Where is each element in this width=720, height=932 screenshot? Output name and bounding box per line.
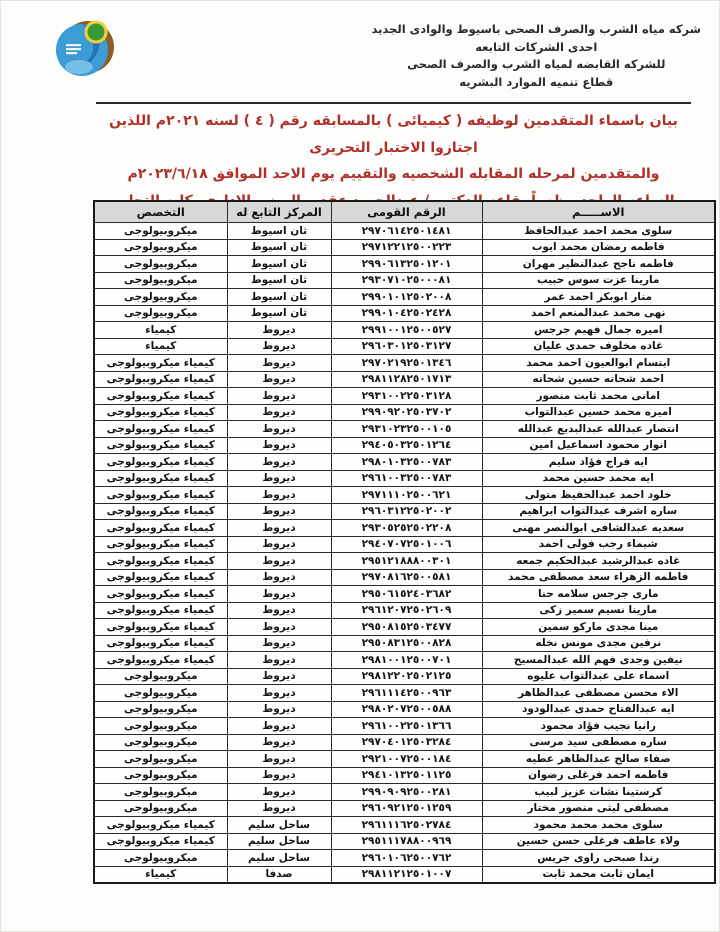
center-cell: ديروط [227, 338, 331, 355]
org-line-company: شركه مياه الشرب والصرف الصحى باسيوط والو… [372, 21, 701, 39]
center-cell: ديروط [227, 355, 331, 372]
specialization-cell: كيمياء ميكروبيولوجى [94, 454, 227, 471]
national-id-cell: ٢٩٤٠٧٠٧٢٥٠١٠٠٦ [331, 536, 482, 553]
table-row: شيماء رجب فولى احمد٢٩٤٠٧٠٧٢٥٠١٠٠٦ديروطكي… [94, 536, 715, 553]
table-row: ولاء عاطف فرغلى حسن حسين٢٩٥١١١٧٨٨٠٠٩٦٩سا… [94, 833, 715, 850]
national-id-cell: ٢٩٦٠٩٢١٢٥٠١٢٥٩ [331, 800, 482, 817]
center-cell: ديروط [227, 685, 331, 702]
name-cell: ايمان ثابت محمد ثابت [482, 866, 715, 883]
name-column-header: الاســـــم [482, 201, 715, 223]
center-cell: ثان اسيوط [227, 239, 331, 256]
center-cell: ديروط [227, 487, 331, 504]
national-id-cell: ٢٩٤١٠١٣٢٥٠١١٢٥ [331, 767, 482, 784]
center-cell: ديروط [227, 503, 331, 520]
header-row: الاســـــم الرقم القومى المركز التابع له… [94, 201, 715, 223]
table-row: مارينا عزت سوس حبيب٢٩٣٠٧١٠٢٥٠٠٠٨١ثان اسي… [94, 272, 715, 289]
specialization-cell: كيمياء ميكروبيولوجى [94, 553, 227, 570]
specialization-cell: ميكروبيولوجى [94, 701, 227, 718]
table-row: غاده مخلوف حمدى عليان٢٩٦٠٣٠١٢٥٠٣١٢٧ديروط… [94, 338, 715, 355]
name-cell: اميره جمال فهيم جرجس [482, 322, 715, 339]
national-id-cell: ٢٩٧٠٦١٤٢٥٠١٤٨١ [331, 223, 482, 240]
specialization-cell: كيمياء ميكروبيولوجى [94, 437, 227, 454]
center-cell: ديروط [227, 635, 331, 652]
center-cell: ديروط [227, 619, 331, 636]
table-row: نهى محمد عبدالمنعم احمد٢٩٩٠١٠٤٢٥٠٢٤٢٨ثان… [94, 305, 715, 322]
center-cell: ديروط [227, 388, 331, 405]
national-id-cell: ٢٩٣١٠٢٣٢٥٠٠١٠٥ [331, 421, 482, 438]
table-row: احمد شحاته حسين شحاته٢٩٨١١٢٨٢٥٠١٧١٣ديروط… [94, 371, 715, 388]
specialization-cell: كيمياء ميكروبيولوجى [94, 371, 227, 388]
specialization-cell: كيمياء ميكروبيولوجى [94, 817, 227, 834]
specialization-cell: كيمياء ميكروبيولوجى [94, 355, 227, 372]
specialization-cell: كيمياء ميكروبيولوجى [94, 404, 227, 421]
national-id-cell: ٢٩٤٠٥٠٣٢٥٠١٢٦٤ [331, 437, 482, 454]
table-row: اميره جمال فهيم جرجس٢٩٩١٠٠١٢٥٠٠٥٢٧ديروطك… [94, 322, 715, 339]
table-row: مصطفى ليثى منصور مختار٢٩٦٠٩٢١٢٥٠١٢٥٩ديرو… [94, 800, 715, 817]
national-id-cell: ٢٩٢١٠٠٧٢٥٠٠١٨٤ [331, 751, 482, 768]
name-cell: احمد شحاته حسين شحاته [482, 371, 715, 388]
name-cell: ولاء عاطف فرغلى حسن حسين [482, 833, 715, 850]
national-id-cell: ٢٩٧٠٨١٦٢٥٠٠٥٨١ [331, 569, 482, 586]
name-cell: ابتسام ابوالعيون احمد محمد [482, 355, 715, 372]
national-id-cell: ٢٩٣٠٥٢٥٢٥٠٢٢٠٨ [331, 520, 482, 537]
national-id-cell: ٢٩٨١٢٢٠٢٥٠٢١٢٥ [331, 668, 482, 685]
specialization-cell: ميكروبيولوجى [94, 239, 227, 256]
name-cell: خلود احمد عبدالحفيظ متولى [482, 487, 715, 504]
center-cell: ديروط [227, 553, 331, 570]
table-row: فاطمه رمضان محمد ايوب٢٩٧١٢٢١٢٥٠٠٢٢٣ثان ا… [94, 239, 715, 256]
org-line-sector: قطاع تنميه الموارد البشريه [372, 74, 701, 92]
table-row: صفاء صالح عبدالظاهر عطيه٢٩٢١٠٠٧٢٥٠٠١٨٤دي… [94, 751, 715, 768]
table-row: اميره محمد حسين عبدالتواب٢٩٩٠٩٢٠٢٥٠٣٧٠٢د… [94, 404, 715, 421]
logo-text-line [66, 48, 81, 50]
center-cell: صدفا [227, 866, 331, 883]
center-cell: ديروط [227, 437, 331, 454]
national-id-cell: ٢٩٧١١١٠٢٥٠٠٦٢١ [331, 487, 482, 504]
applicants-table-header: الاســـــم الرقم القومى المركز التابع له… [94, 201, 715, 223]
national-id-cell: ٢٩٧٠٤٠١٢٥٠٣٢٨٤ [331, 734, 482, 751]
center-column-header: المركز التابع له [227, 201, 331, 223]
specialization-cell: كيمياء ميكروبيولوجى [94, 569, 227, 586]
table-row: سلوى محمد احمد عبدالحافظ٢٩٧٠٦١٤٢٥٠١٤٨١ثا… [94, 223, 715, 240]
center-cell: ديروط [227, 784, 331, 801]
center-cell: ديروط [227, 734, 331, 751]
center-cell: ديروط [227, 800, 331, 817]
center-cell: ديروط [227, 569, 331, 586]
specialization-cell: ميكروبيولوجى [94, 800, 227, 817]
national-id-cell: ٢٩٥١١١٧٨٨٠٠٩٦٩ [331, 833, 482, 850]
table-row: مارينا نسيم سمير زكى٢٩٦١٢٠٧٢٥٠٢٦٠٩ديروطك… [94, 602, 715, 619]
national-id-cell: ٢٩٦١٢٠٧٢٥٠٢٦٠٩ [331, 602, 482, 619]
name-cell: سلوى محمد محمد محمود [482, 817, 715, 834]
specialization-cell: ميكروبيولوجى [94, 272, 227, 289]
national-id-cell: ٢٩٩٠١٠٤٢٥٠٢٤٢٨ [331, 305, 482, 322]
table-row: الاء محسن مصطفى عبدالظاهر٢٩٦١١١٤٢٥٠٠٩٦٣د… [94, 685, 715, 702]
specialization-cell: كيمياء ميكروبيولوجى [94, 503, 227, 520]
table-row: انوار محمود اسماعيل امين٢٩٤٠٥٠٣٢٥٠١٢٦٤دي… [94, 437, 715, 454]
name-cell: انوار محمود اسماعيل امين [482, 437, 715, 454]
national-id-cell: ٢٩٩٠٩٠٩٢٥٠٠٢٨١ [331, 784, 482, 801]
center-cell: ثان اسيوط [227, 289, 331, 306]
table-row: ابتسام ابوالعيون احمد محمد٢٩٧٠٢١٩٢٥٠١٣٤٦… [94, 355, 715, 372]
national-id-cell: ٢٩٥٠٨١٥٢٥٠٣٤٧٧ [331, 619, 482, 636]
specialization-cell: ميكروبيولوجى [94, 767, 227, 784]
national-id-cell: ٢٩٥٠٨٣١٢٥٠٠٨٢٨ [331, 635, 482, 652]
name-cell: مارينا نسيم سمير زكى [482, 602, 715, 619]
table-row: فاطمه ناجح عبدالنظير مهران٢٩٩٠٦١٣٢٥٠١٢٠١… [94, 256, 715, 273]
document-page: شركه مياه الشرب والصرف الصحى باسيوط والو… [0, 0, 720, 932]
name-cell: ايه عبدالفتاح حمدى عبدالودود [482, 701, 715, 718]
name-cell: شيماء رجب فولى احمد [482, 536, 715, 553]
specialization-cell: ميكروبيولوجى [94, 685, 227, 702]
national-id-cell: ٢٩٥١٢١٨٨٨٠٠٣٠١ [331, 553, 482, 570]
center-cell: ديروط [227, 536, 331, 553]
center-cell: ديروط [227, 454, 331, 471]
logo-text-line [66, 44, 81, 46]
national-id-cell: ٢٩٦٠٣٠١٢٥٠٣١٢٧ [331, 338, 482, 355]
specialization-cell: ميكروبيولوجى [94, 256, 227, 273]
national-id-cell: ٢٩٦٠١٠٦٢٥٠٠٧٦٢ [331, 850, 482, 867]
specialization-cell: ميكروبيولوجى [94, 850, 227, 867]
specialization-cell: كيمياء ميكروبيولوجى [94, 635, 227, 652]
table-row: مينا مجدى ماركو سمين٢٩٥٠٨١٥٢٥٠٣٤٧٧ديروطك… [94, 619, 715, 636]
table-row: منار ابوبكر احمد عمر٢٩٩٠١٠١٢٥٠٢٠٠٨ثان اس… [94, 289, 715, 306]
table-row: فاطمه احمد فرغلى رضوان٢٩٤١٠١٣٢٥٠١١٢٥ديرو… [94, 767, 715, 784]
org-header-block: شركه مياه الشرب والصرف الصحى باسيوط والو… [372, 21, 701, 91]
org-line-holding: للشركه القابضه لمياه الشرب والصرف الصحى [372, 56, 701, 74]
specialization-cell: ميكروبيولوجى [94, 305, 227, 322]
specialization-cell: كيمياء ميكروبيولوجى [94, 586, 227, 603]
name-cell: غاده مخلوف حمدى عليان [482, 338, 715, 355]
table-row: خلود احمد عبدالحفيظ متولى٢٩٧١١١٠٢٥٠٠٦٢١د… [94, 487, 715, 504]
table-row: اسماء على عبدالتواب عليوه٢٩٨١٢٢٠٢٥٠٢١٢٥د… [94, 668, 715, 685]
name-cell: ساره اشرف عبدالتواب ابراهيم [482, 503, 715, 520]
center-cell: ديروط [227, 371, 331, 388]
specialization-cell: ميكروبيولوجى [94, 784, 227, 801]
center-cell: ديروط [227, 718, 331, 735]
applicants-table-body: سلوى محمد احمد عبدالحافظ٢٩٧٠٦١٤٢٥٠١٤٨١ثا… [94, 223, 715, 884]
national-id-column-header: الرقم القومى [331, 201, 482, 223]
table-row: سلوى محمد محمد محمود٢٩٦١١١٦٢٥٠٢٧٨٤ساحل س… [94, 817, 715, 834]
title-line-2: والمتقدمين لمرحله المقابله الشخصيه والتق… [96, 161, 691, 188]
name-cell: اميره محمد حسين عبدالتواب [482, 404, 715, 421]
name-cell: اسماء على عبدالتواب عليوه [482, 668, 715, 685]
name-cell: الاء محسن مصطفى عبدالظاهر [482, 685, 715, 702]
specialization-cell: كيمياء [94, 322, 227, 339]
name-cell: ايه محمد حسين محمد [482, 470, 715, 487]
specialization-cell: ميكروبيولوجى [94, 289, 227, 306]
name-cell: صفاء صالح عبدالظاهر عطيه [482, 751, 715, 768]
center-cell: ثان اسيوط [227, 272, 331, 289]
national-id-cell: ٢٩٨٠١٠٣٢٥٠٠٧٨٣ [331, 454, 482, 471]
table-row: سعديه عبدالشافى ابوالنصر مهنى٢٩٣٠٥٢٥٢٥٠٢… [94, 520, 715, 537]
center-cell: ديروط [227, 421, 331, 438]
center-cell: ثان اسيوط [227, 256, 331, 273]
center-cell: ديروط [227, 668, 331, 685]
national-id-cell: ٢٩٣٠٧١٠٢٥٠٠٠٨١ [331, 272, 482, 289]
specialization-cell: كيمياء ميكروبيولوجى [94, 470, 227, 487]
center-cell: ديروط [227, 404, 331, 421]
specialization-cell: كيمياء ميكروبيولوجى [94, 619, 227, 636]
center-cell: ديروط [227, 767, 331, 784]
table-row: انتصار عبدالله عبدالبديع عبدالله٢٩٣١٠٢٣٢… [94, 421, 715, 438]
national-id-cell: ٢٩٧١٢٢١٢٥٠٠٢٢٣ [331, 239, 482, 256]
national-id-cell: ٢٩٩٠٦١٣٢٥٠١٢٠١ [331, 256, 482, 273]
specialization-cell: ميكروبيولوجى [94, 718, 227, 735]
national-id-cell: ٢٩٨١١٢٨٢٥٠١٧١٣ [331, 371, 482, 388]
specialization-cell: كيمياء ميكروبيولوجى [94, 536, 227, 553]
name-cell: كرستينا نشات عزيز لبيب [482, 784, 715, 801]
specialization-column-header: التخصص [94, 201, 227, 223]
national-id-cell: ٢٩٦١٠٠٢٢٥٠١٣٦٦ [331, 718, 482, 735]
name-cell: رانيا نجيب فؤاد محمود [482, 718, 715, 735]
header-divider [96, 102, 691, 104]
company-logo-icon [53, 17, 117, 79]
national-id-cell: ٢٩٦١١١٦٢٥٠٢٧٨٤ [331, 817, 482, 834]
table-row: نيفين وجدى فهم الله عبدالمسيح٢٩٨١٠٠١٢٥٠٠… [94, 652, 715, 669]
name-cell: فاطمه رمضان محمد ايوب [482, 239, 715, 256]
table-row: امانى محمد ثابت منصور٢٩٣١٠٠٢٢٥٠٣١٢٨ديروط… [94, 388, 715, 405]
applicants-table: الاســـــم الرقم القومى المركز التابع له… [93, 200, 716, 884]
specialization-cell: كيمياء ميكروبيولوجى [94, 388, 227, 405]
table-row: ايه عبدالفتاح حمدى عبدالودود٢٩٨٠٢٠٧٢٥٠٠٥… [94, 701, 715, 718]
table-row: ساره مصطفى سيد مرسى٢٩٧٠٤٠١٢٥٠٣٢٨٤ديروطمي… [94, 734, 715, 751]
name-cell: فاطمه ناجح عبدالنظير مهران [482, 256, 715, 273]
specialization-cell: كيمياء ميكروبيولوجى [94, 652, 227, 669]
national-id-cell: ٢٩٦٠٣١٢٢٥٠٢٠٠٢ [331, 503, 482, 520]
table-row: ايه فراج فؤاد سليم٢٩٨٠١٠٣٢٥٠٠٧٨٣ديروطكيم… [94, 454, 715, 471]
table-row: مارى جرجس سلامه حنا٢٩٥٠٦١٥٢٤٠٣٦٨٢ديروطكي… [94, 586, 715, 603]
center-cell: ديروط [227, 520, 331, 537]
name-cell: مارى جرجس سلامه حنا [482, 586, 715, 603]
specialization-cell: كيمياء ميكروبيولوجى [94, 520, 227, 537]
name-cell: رندا صبحى راوى جريس [482, 850, 715, 867]
table-row: فاطمه الزهراء سعد مصطفى محمد٢٩٧٠٨١٦٢٥٠٠٥… [94, 569, 715, 586]
specialization-cell: كيمياء ميكروبيولوجى [94, 421, 227, 438]
national-id-cell: ٢٩٣١٠٠٢٢٥٠٣١٢٨ [331, 388, 482, 405]
name-cell: منار ابوبكر احمد عمر [482, 289, 715, 306]
table-row: رندا صبحى راوى جريس٢٩٦٠١٠٦٢٥٠٠٧٦٢ساحل سل… [94, 850, 715, 867]
logo-green-globe [86, 22, 106, 42]
name-cell: مارينا عزت سوس حبيب [482, 272, 715, 289]
name-cell: انتصار عبدالله عبدالبديع عبدالله [482, 421, 715, 438]
name-cell: ايه فراج فؤاد سليم [482, 454, 715, 471]
name-cell: نيفين وجدى فهم الله عبدالمسيح [482, 652, 715, 669]
specialization-cell: كيمياء [94, 866, 227, 883]
name-cell: ساره مصطفى سيد مرسى [482, 734, 715, 751]
center-cell: ثان اسيوط [227, 305, 331, 322]
national-id-cell: ٢٩٦١١١٤٢٥٠٠٩٦٣ [331, 685, 482, 702]
org-line-subsidiary: احدى الشركات التابعه [372, 39, 701, 57]
name-cell: غاده عبدالرشيد عبدالحكيم جمعه [482, 553, 715, 570]
table-row: ايه محمد حسين محمد٢٩٦١٠٠٣٢٥٠٠٧٨٣ديروطكيم… [94, 470, 715, 487]
national-id-cell: ٢٩٨١١٢١٢٥٠١٠٠٧ [331, 866, 482, 883]
center-cell: ديروط [227, 586, 331, 603]
national-id-cell: ٢٩٩٠٩٢٠٢٥٠٣٧٠٢ [331, 404, 482, 421]
table-row: رانيا نجيب فؤاد محمود٢٩٦١٠٠٢٢٥٠١٣٦٦ديروط… [94, 718, 715, 735]
center-cell: ديروط [227, 322, 331, 339]
center-cell: ساحل سليم [227, 817, 331, 834]
center-cell: ديروط [227, 701, 331, 718]
table-row: ايمان ثابت محمد ثابت٢٩٨١١٢١٢٥٠١٠٠٧صدفاكي… [94, 866, 715, 883]
center-cell: ثان اسيوط [227, 223, 331, 240]
name-cell: سلوى محمد احمد عبدالحافظ [482, 223, 715, 240]
specialization-cell: ميكروبيولوجى [94, 751, 227, 768]
center-cell: ديروط [227, 470, 331, 487]
table-row: نرفين مجدى مونس نخله٢٩٥٠٨٣١٢٥٠٠٨٢٨ديروطك… [94, 635, 715, 652]
name-cell: امانى محمد ثابت منصور [482, 388, 715, 405]
specialization-cell: كيمياء [94, 338, 227, 355]
title-line-1: بيان باسماء المتقدمين لوظيفه ( كيميائى )… [96, 108, 691, 161]
center-cell: ديروط [227, 751, 331, 768]
logo-text-line [66, 52, 77, 54]
name-cell: فاطمه احمد فرغلى رضوان [482, 767, 715, 784]
center-cell: ديروط [227, 602, 331, 619]
table-row: غاده عبدالرشيد عبدالحكيم جمعه٢٩٥١٢١٨٨٨٠٠… [94, 553, 715, 570]
national-id-cell: ٢٩٩٠١٠١٢٥٠٢٠٠٨ [331, 289, 482, 306]
specialization-cell: كيمياء ميكروبيولوجى [94, 602, 227, 619]
national-id-cell: ٢٩٩١٠٠١٢٥٠٠٥٢٧ [331, 322, 482, 339]
specialization-cell: ميكروبيولوجى [94, 734, 227, 751]
table-row: ساره اشرف عبدالتواب ابراهيم٢٩٦٠٣١٢٢٥٠٢٠٠… [94, 503, 715, 520]
name-cell: مصطفى ليثى منصور مختار [482, 800, 715, 817]
center-cell: ديروط [227, 652, 331, 669]
logo-light-wave [65, 60, 93, 74]
center-cell: ساحل سليم [227, 850, 331, 867]
specialization-cell: كيمياء ميكروبيولوجى [94, 487, 227, 504]
name-cell: سعديه عبدالشافى ابوالنصر مهنى [482, 520, 715, 537]
center-cell: ساحل سليم [227, 833, 331, 850]
table-row: كرستينا نشات عزيز لبيب٢٩٩٠٩٠٩٢٥٠٠٢٨١ديرو… [94, 784, 715, 801]
national-id-cell: ٢٩٧٠٢١٩٢٥٠١٣٤٦ [331, 355, 482, 372]
national-id-cell: ٢٩٦١٠٠٣٢٥٠٠٧٨٣ [331, 470, 482, 487]
name-cell: نهى محمد عبدالمنعم احمد [482, 305, 715, 322]
specialization-cell: ميكروبيولوجى [94, 223, 227, 240]
name-cell: مينا مجدى ماركو سمين [482, 619, 715, 636]
national-id-cell: ٢٩٨٠٢٠٧٢٥٠٠٥٨٨ [331, 701, 482, 718]
specialization-cell: كيمياء ميكروبيولوجى [94, 833, 227, 850]
national-id-cell: ٢٩٨١٠٠١٢٥٠٠٧٠١ [331, 652, 482, 669]
name-cell: نرفين مجدى مونس نخله [482, 635, 715, 652]
specialization-cell: ميكروبيولوجى [94, 668, 227, 685]
name-cell: فاطمه الزهراء سعد مصطفى محمد [482, 569, 715, 586]
national-id-cell: ٢٩٥٠٦١٥٢٤٠٣٦٨٢ [331, 586, 482, 603]
